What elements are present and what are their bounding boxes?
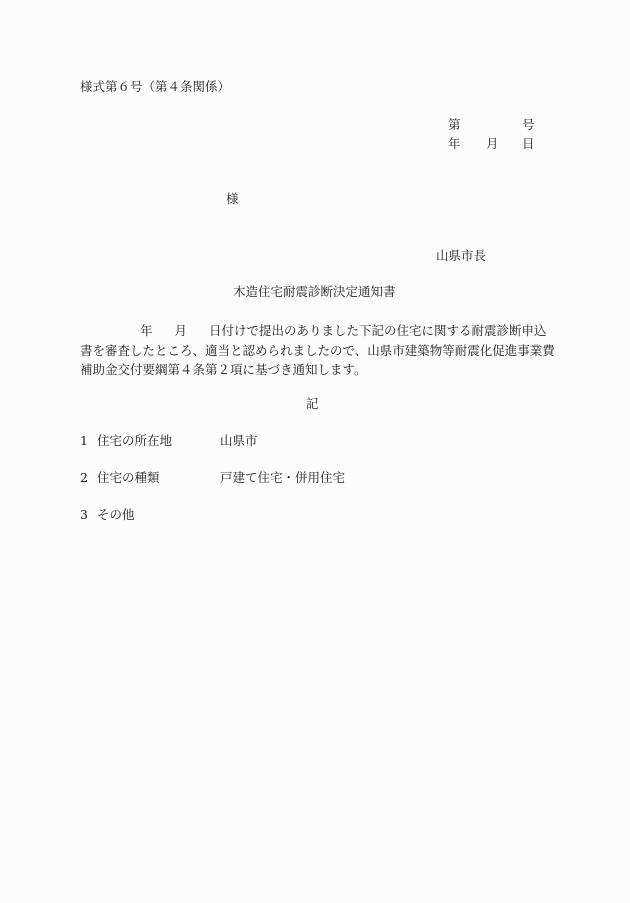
body-line-2: 書を審査したところ、適当と認められましたので、山県市建築物等耐震化促進事業費 [80,341,560,361]
body-year: 年 [140,323,153,338]
body-line-3: 補助金交付要綱第４条第２項に基づき通知します。 [80,360,560,380]
body-line-1-text: 日付けで提出のありました下記の住宅に関する耐震診断申込 [209,323,547,338]
record-heading: 記 [306,398,319,411]
item-label: 住宅の種類 [97,472,160,485]
body-paragraph: 年月日付けで提出のありました下記の住宅に関する耐震診断申込 書を審査したところ、… [80,321,560,380]
form-header: 様式第６号（第４条関係） [80,81,230,94]
item-value: 戸建て住宅・併用住宅 [220,472,345,485]
date-month-label: 月 [486,138,499,151]
reference-number-suffix: 号 [522,119,535,132]
body-month: 月 [175,323,188,338]
item-label: その他 [97,509,135,522]
item-number: 3 [80,509,88,522]
addressee-suffix: 様 [226,193,239,206]
reference-number-prefix: 第 [448,119,461,132]
date-year-label: 年 [448,138,461,151]
body-line-1: 年月日付けで提出のありました下記の住宅に関する耐震診断申込 [80,321,560,341]
date-day-label: 日 [522,138,535,151]
document-title: 木造住宅耐震診断決定通知書 [233,286,396,299]
item-label: 住宅の所在地 [97,435,172,448]
item-number: 2 [80,472,88,485]
issuer-name: 山県市長 [436,250,486,263]
item-number: 1 [80,435,88,448]
item-value: 山県市 [220,435,258,448]
